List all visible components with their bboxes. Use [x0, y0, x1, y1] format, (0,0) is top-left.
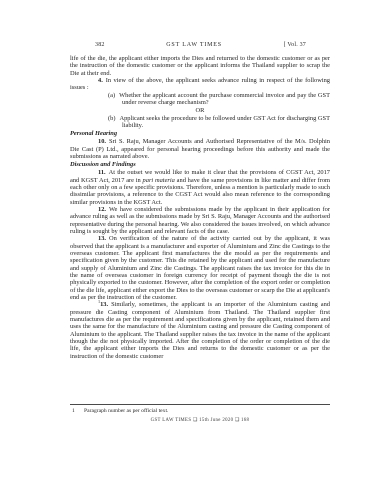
paragraph-text: Similarly, sometimes, the applicant is a… [70, 301, 330, 359]
paragraph-text: life of the die, the applicant either im… [70, 55, 330, 77]
paragraph-10: 10.Sri S. Raju, Manager Accounts and Aut… [70, 138, 330, 160]
page-content: 382 GST LAW TIMES [ Vol. 37 life of the … [70, 42, 330, 360]
page-footer: GST LAW TIMES ❏ 15th June 2020 ❏ 168 [70, 418, 330, 423]
footnote-block: 1 Paragraph number as per official text. [70, 404, 330, 414]
paragraph-number: 13. [98, 235, 106, 242]
item-label: (b) [108, 115, 115, 122]
item-text: Applicant seeks the procedure to be foll… [119, 115, 330, 129]
paragraph-intro-continuation: life of the die, the applicant either im… [70, 55, 330, 77]
footnote-text: Paragraph number as per official text. [84, 408, 168, 415]
latin-phrase-italic: pari materia [143, 177, 175, 184]
paragraph-text: On verification of the nature of the act… [70, 235, 330, 301]
footnote: 1 Paragraph number as per official text. [70, 408, 330, 415]
paragraph-text: We have considered the submissions made … [70, 206, 330, 235]
scanned-document-page: 382 GST LAW TIMES [ Vol. 37 life of the … [0, 0, 370, 480]
paragraph-number: 13. [100, 301, 108, 308]
or-separator: OR [70, 107, 330, 114]
body-text: life of the die, the applicant either im… [70, 55, 330, 360]
paragraph-12: 12.We have considered the submissions ma… [70, 206, 330, 235]
paragraph-number: 12. [98, 206, 106, 213]
paragraph-11: 11.At the outset we would like to make i… [70, 169, 330, 206]
item-text: Whether the applicant account the purcha… [119, 92, 330, 106]
paragraph-number: 11. [98, 169, 106, 176]
page-number: 382 [95, 42, 105, 48]
heading-discussion-and-findings: Discussion and Findings [70, 161, 330, 168]
paragraph-13: 13.On verification of the nature of the … [70, 235, 330, 301]
paragraph-text: Sri S. Raju, Manager Accounts and Author… [70, 138, 330, 160]
item-label: (a) [108, 92, 115, 99]
volume-label: [ Vol. 37 [284, 42, 306, 48]
heading-personal-hearing: Personal Hearing [70, 130, 330, 137]
running-header: 382 GST LAW TIMES [ Vol. 37 [70, 42, 330, 48]
footnote-marker: 1 [70, 408, 84, 415]
issue-item-a: (a)Whether the applicant account the pur… [108, 92, 330, 107]
journal-title: GST LAW TIMES [166, 42, 222, 48]
paragraph-number: 4. [98, 77, 103, 84]
paragraph-text: In view of the above, the applicant seek… [70, 77, 330, 91]
paragraph-13-footnoted: 113.Similarly, sometimes, the applicant … [70, 301, 330, 360]
paragraph-4: 4.In view of the above, the applicant se… [70, 77, 330, 92]
paragraph-number: 10. [98, 138, 106, 145]
issue-item-b: (b)Applicant seeks the procedure to be f… [108, 115, 330, 130]
